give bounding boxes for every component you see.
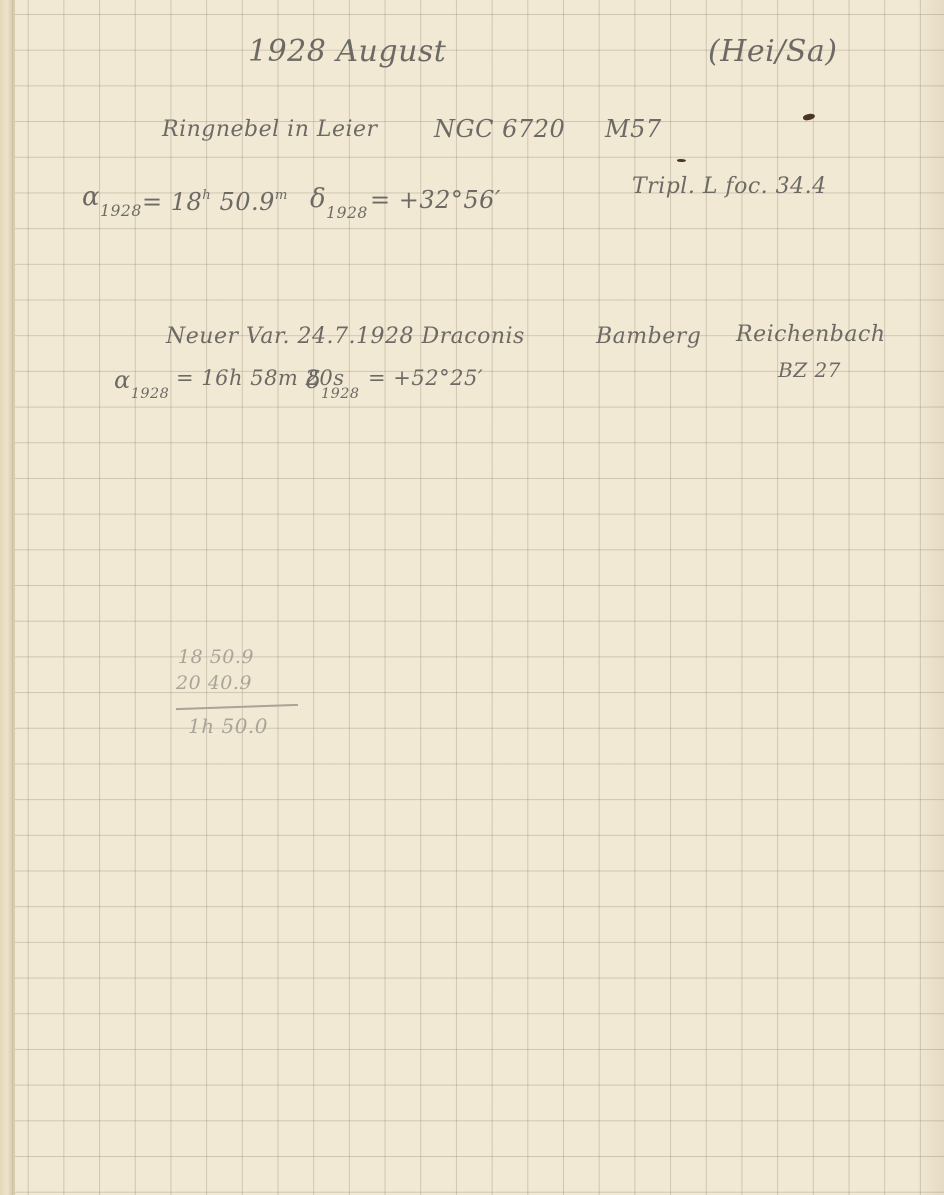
entry2-observer: Reichenbach — [736, 322, 886, 347]
entry1-alpha-value: = 18h 50.9m — [142, 188, 288, 216]
calc-line-1: 18 50.9 — [178, 646, 254, 668]
entry2-title: Neuer Var. 24.7.1928 Draconis — [166, 324, 525, 349]
alpha-symbol: α — [82, 182, 100, 212]
entry1-delta-value: = +32°56′ — [370, 186, 501, 214]
entry1-alpha: α1928 — [82, 182, 142, 212]
entry2-alpha: α1928 — [114, 366, 169, 394]
alpha-epoch: 1928 — [100, 202, 142, 220]
entry2-delta-value: = +52°25′ — [368, 366, 483, 390]
calc-result: 1h 50.0 — [188, 714, 268, 738]
alpha-minutes: 50.9 — [219, 188, 274, 216]
delta-symbol: δ — [310, 184, 326, 214]
page-binding-edge — [0, 0, 13, 1195]
entry2-delta: δ1928 — [306, 366, 360, 394]
entry2-place: Bamberg — [596, 324, 701, 349]
ink-tilde — [677, 159, 686, 162]
entry2-reference: BZ 27 — [778, 358, 841, 382]
alpha-hours: 18 — [171, 188, 203, 216]
header-initials: (Hei/Sa) — [708, 34, 837, 69]
delta-epoch: 1928 — [326, 204, 368, 222]
page-binding-line — [13, 0, 15, 1195]
page-edge-shadow — [914, 0, 944, 1195]
entry1-delta: δ1928 — [310, 184, 368, 214]
entry1-messier: M57 — [605, 115, 662, 143]
header-date: 1928 August — [248, 34, 446, 69]
entry1-instrument: Tripl. L foc. 34.4 — [632, 174, 827, 199]
calc-line-2: 20 40.9 — [176, 672, 252, 694]
entry1-title: Ringnebel in Leier — [162, 117, 378, 142]
entry1-catalog: NGC 6720 — [434, 115, 565, 143]
